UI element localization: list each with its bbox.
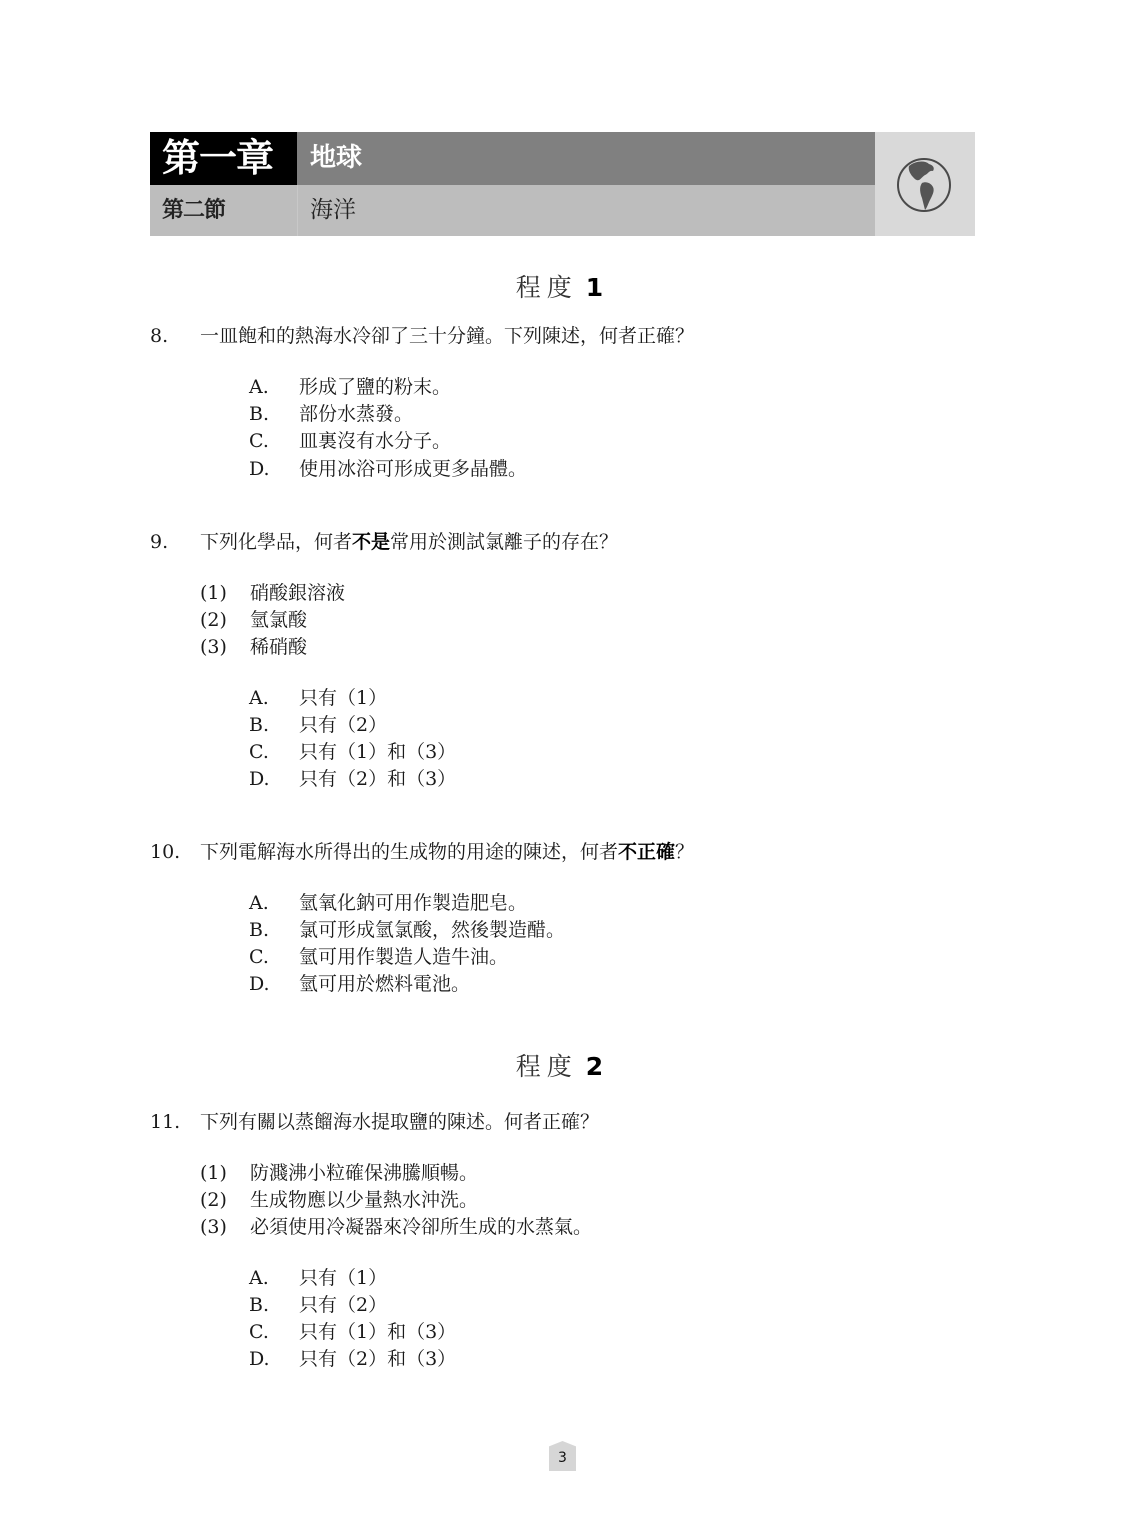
statement-1: (1)硝酸銀溶液 [200,580,345,607]
question-number: 8. [150,323,200,350]
option-c: C.皿裏沒有水分子。 [249,428,451,455]
option-b: B.只有（2） [249,1292,387,1319]
icon-panel [875,132,975,236]
chapter-header: 第一章 地球 第二節 海洋 [150,132,975,236]
level-heading-1: 程度1 [0,268,1125,304]
question-text: 下列化學品，何者不是常用於測試氯離子的存在？ [200,529,618,556]
question-text: 下列有關以蒸餾海水提取鹽的陳述。何者正確？ [200,1109,599,1136]
level-label: 程度 [516,1052,578,1081]
statement-1: (1)防濺沸小粒確保沸騰順暢。 [200,1160,478,1187]
section-divider [297,185,298,236]
level-heading-2: 程度2 [0,1047,1125,1083]
page-number: 3 [549,1441,576,1471]
section-title: 海洋 [310,185,356,236]
question-number: 9. [150,529,200,556]
option-a: A.形成了鹽的粉末。 [249,374,451,401]
chapter-label: 第一章 [150,132,297,185]
globe-icon [895,156,953,214]
option-b: B.只有（2） [249,712,387,739]
emphasis-text: 不是 [352,531,390,553]
level-number: 1 [586,273,609,302]
section-label: 第二節 [162,185,225,236]
option-c: C.氫可用作製造人造牛油。 [249,944,508,971]
option-b: B.氯可形成氫氯酸，然後製造醋。 [249,917,565,944]
emphasis-text: 不正確 [618,841,675,863]
section-bar [150,185,875,236]
question-number: 11. [150,1109,200,1136]
option-a: A.只有（1） [249,685,387,712]
statement-3: (3)必須使用冷凝器來冷卻所生成的水蒸氣。 [200,1214,592,1241]
option-d: D.氫可用於燃料電池。 [249,971,470,998]
question-text: 下列電解海水所得出的生成物的用途的陳述，何者不正確？ [200,839,694,866]
level-label: 程度 [516,273,578,302]
option-d: D.只有（2）和（3） [249,1346,456,1373]
option-c: C.只有（1）和（3） [249,739,456,766]
question-text: 一皿飽和的熱海水冷卻了三十分鐘。下列陳述，何者正確？ [200,323,694,350]
option-d: D.只有（2）和（3） [249,766,456,793]
statement-2: (2)生成物應以少量熱水沖洗。 [200,1187,478,1214]
statement-2: (2)氫氯酸 [200,607,307,634]
option-a: A.氫氧化鈉可用作製造肥皂。 [249,890,527,917]
question-number: 10. [150,839,200,866]
option-a: A.只有（1） [249,1265,387,1292]
option-b: B.部份水蒸發。 [249,401,413,428]
chapter-title: 地球 [310,132,362,185]
level-number: 2 [586,1052,609,1081]
statement-3: (3)稀硝酸 [200,634,307,661]
option-d: D.使用冰浴可形成更多晶體。 [249,456,527,483]
option-c: C.只有（1）和（3） [249,1319,456,1346]
